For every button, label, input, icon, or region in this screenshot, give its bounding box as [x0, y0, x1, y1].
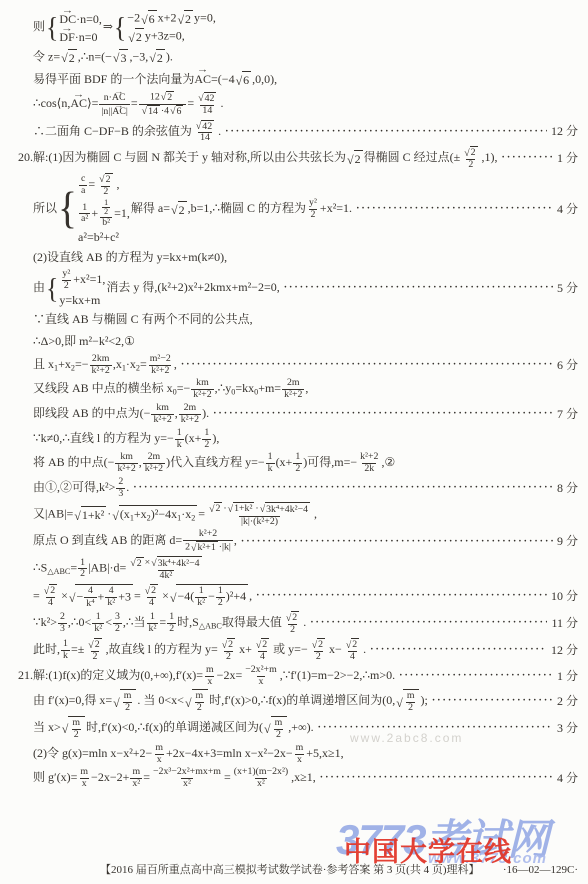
denominator: a [79, 185, 87, 197]
radical-sign-icon: √ [69, 590, 76, 604]
numerator: m [273, 718, 285, 729]
denominator: k [61, 650, 70, 662]
score-mark: 3 分 [557, 721, 578, 736]
solution-line: 又|AB|=√1+k²·√(x1+x2)²−4x1·x2=√2·√1+k²·√3… [18, 502, 578, 528]
subscript: 2 [71, 363, 75, 372]
vector-overarrow: →AC [112, 107, 126, 118]
radical-sign-icon: √ [61, 50, 68, 64]
math-text: 即线段 AB 的中点为(−kmk²+2,2mk²+2). [33, 403, 209, 426]
numerator: √42 [195, 92, 219, 105]
dotted-leader: ········································… [502, 152, 553, 165]
numerator: 1 [78, 558, 87, 569]
radicand: 42 [204, 92, 217, 105]
radical-sign-icon: √ [112, 508, 119, 522]
footer-title: 【2016 届百所重点高中高三模拟考试数学试卷·参考答案 第 3 页(共 4 页… [100, 864, 480, 878]
radicand: 2 [135, 28, 144, 45]
denominator: k²+2 [143, 463, 165, 475]
denominator: k²+2 [179, 414, 201, 426]
math-text: 由①,②可得,k²>23. [33, 477, 129, 500]
solution-line: ∵k²>23,∴0<1k²<32,∴当1k²=12时,S△ABC取得最大值√22… [18, 611, 578, 636]
subscript: 1 [177, 514, 181, 523]
numerator: 1 [175, 428, 184, 439]
footer-page-code: ·16—02—129C· [503, 864, 578, 878]
sqrt: √2 [222, 638, 235, 651]
dotted-leader: ········································… [225, 126, 547, 139]
sqrt: √6 [236, 71, 252, 88]
brace-system: {→DC·n=0,→DF·n=0 [46, 10, 102, 45]
fraction: 12 [102, 199, 110, 218]
radicand: 2 [354, 150, 363, 167]
solution-line: 又线段 AB 中点的横坐标 x0=−kmk²+2,∴y0=kx0+m=2mk²+… [18, 378, 578, 401]
subscript: △ABC [47, 567, 70, 576]
math-text: (2)令 g(x)=mln x−x²+2−mx+2x−4x+3=mln x−x²… [33, 743, 344, 766]
numerator: √2 [219, 638, 238, 651]
sqrt: √42 [196, 120, 214, 133]
superscript: 4 [91, 598, 94, 605]
solution-line: (2)令 g(x)=mln x−x²+2−mx+2x−4x+3=mln x−x²… [18, 743, 578, 766]
system-row: y=kx+m [59, 293, 100, 308]
denominator: √14·4√6 [139, 104, 187, 118]
fraction: n·→AC|n||→AC| [99, 91, 129, 118]
fraction: 1k [266, 452, 275, 475]
solution-line: 令 z=√2,∴n=(−√3,−3,√2). [18, 47, 578, 67]
fraction: √24 [142, 584, 161, 609]
solution-line: 由①,②可得,k²>23.···························… [18, 477, 578, 500]
radical-sign-icon: √ [62, 721, 69, 735]
fraction: 12b² [99, 199, 113, 230]
numerator: √2 [96, 173, 115, 186]
radicand: 3k4+4k²−4 [157, 556, 202, 570]
score-mark: 6 分 [557, 358, 578, 373]
denominator: 2 [113, 623, 122, 635]
fraction: √2×√3k4+4k²−44k² [127, 556, 204, 582]
score-mark: 4 分 [557, 202, 578, 217]
math-text: 由 f′(x)=0,得 x=√m2. 当 0<x<√m2时,f′(x)>0,∴f… [33, 689, 428, 714]
fraction: 2mk²+2 [282, 378, 304, 401]
denominator: 2 [101, 186, 110, 198]
dotted-leader: ········································… [256, 590, 547, 603]
denominator: x [295, 754, 304, 766]
denominator: x² [255, 778, 267, 790]
numerator: 1 [102, 199, 110, 208]
math-text: 又|AB|=√1+k²·√(x1+x2)²−4x1·x2=√2·√1+k²·√3… [33, 502, 317, 528]
numerator: m [70, 718, 82, 729]
denominator: 2 [466, 159, 475, 171]
superscript: 4 [167, 558, 170, 565]
denominator: k² [105, 597, 117, 609]
numerator: 2 [116, 477, 125, 488]
fraction: 12 [167, 612, 176, 635]
radical-sign-icon: √ [141, 12, 148, 26]
denominator: 2 [309, 209, 318, 221]
score-mark: 1 分 [557, 669, 578, 684]
vector-arrow-icon: → [110, 102, 128, 109]
system-row: →DF·n=0 [59, 28, 97, 45]
numerator: −2x²+m [243, 665, 279, 676]
fraction: √22 [96, 173, 115, 198]
sqrt: √2 [61, 49, 77, 66]
dotted-leader: ········································… [310, 617, 547, 630]
sqrt: √2 [464, 146, 477, 159]
sqrt: √1+k² [228, 502, 255, 515]
denominator: 2 [288, 624, 297, 636]
fraction: √24 [41, 584, 60, 609]
fraction: y²2 [307, 198, 319, 221]
denominator: 2√k²+1·|k| [183, 540, 233, 554]
numerator: −2x³−2x²+mx+m [151, 767, 223, 778]
fraction: ca [79, 174, 87, 197]
denominator: 14 [198, 132, 212, 144]
radicand: 3k4+4k²−4 [265, 502, 310, 516]
numerator: 2m [146, 452, 163, 463]
math-text: ∵k≠0,∴直线 l 的方程为 y=−1k(x+12), [33, 428, 219, 451]
score-mark: 11 分 [551, 616, 578, 631]
denominator: 2 [123, 702, 132, 714]
fraction: 1k² [195, 586, 207, 609]
fraction: mx² [130, 767, 142, 790]
sqrt: √m2 [396, 689, 419, 714]
radical-sign-icon: √ [396, 695, 403, 709]
numerator: √2 [343, 638, 362, 651]
numerator: 4 [107, 586, 116, 597]
denominator: 2 [293, 463, 302, 475]
numerator: 1 [202, 428, 211, 439]
numerator: y² [307, 198, 319, 209]
radicand: 6 [148, 10, 157, 27]
fraction: m2 [70, 718, 82, 741]
subscript: 0 [231, 388, 235, 397]
radicand: 2 [184, 10, 193, 27]
denominator: x [80, 778, 89, 790]
score-mark: 12 分 [551, 643, 578, 658]
denominator: a² [79, 213, 90, 225]
vector-overarrow: →AC [70, 96, 87, 111]
sqrt: √1+k² [74, 506, 106, 523]
score-mark: 7 分 [557, 407, 578, 422]
solution-line: ∴Δ>0,即 m²−k²<2,① [18, 332, 578, 352]
numerator: √2 [41, 584, 60, 597]
numerator: m [405, 691, 417, 702]
fraction: 12 [78, 558, 87, 581]
numerator: 1 [94, 612, 103, 623]
radicand: 2 [150, 584, 158, 597]
solution-line: 将 AB 的中点(−kmk²+2,2mk²+2)代入直线方程 y=−1k(x+1… [18, 452, 578, 475]
sqrt: √m2 [113, 689, 136, 714]
radicand: 42 [201, 120, 214, 133]
numerator: 1 [266, 452, 275, 463]
sqrt: √2 [177, 10, 193, 27]
subscript: 2 [147, 514, 151, 523]
system-rows: y²2+x²=1,y=kx+m [59, 269, 105, 308]
denominator: 4k² [158, 570, 175, 582]
vector-overarrow: →DF [59, 30, 74, 45]
numerator: km [118, 452, 135, 463]
fraction: √22 [219, 638, 238, 663]
subscript: 2 [136, 363, 140, 372]
math-text: 20.解:(1)因为椭圆 C 与圆 N 都关于 y 轴对称,所以由公共弦长为√2… [18, 146, 498, 171]
fraction: 1a² [79, 203, 90, 226]
sqrt: √2 [149, 49, 165, 66]
subscript: 0 [254, 388, 258, 397]
denominator: 2 [91, 651, 100, 663]
denominator: 2 [216, 597, 225, 609]
denominator: k²+2 [191, 389, 213, 401]
numerator: 3 [113, 612, 122, 623]
sqrt: √−4(1k²−12)²+4 [170, 584, 248, 609]
math-text: 原点 O 到直线 AB 的距离 d=k²+22√k²+1·|k|, [33, 529, 237, 554]
solution-content: 则{→DC·n=0,→DF·n=0⇒{−2√6x+2√2y=0,√2y+3z=0… [0, 0, 588, 790]
fraction: 12√2√14·4√6 [139, 91, 187, 118]
score-mark: 2 分 [557, 694, 578, 709]
numerator: √2·√1+k²·√3k4+4k²−4 [206, 502, 313, 516]
brace-system: {y²2+x²=1,y=kx+m [46, 269, 105, 308]
math-text: ∴S△ABC=12|AB|·d=√2×√3k4+4k²−44k² [33, 556, 206, 582]
denominator: |n||→AC| [99, 104, 129, 118]
fraction: mx [294, 743, 306, 766]
score-mark: 12 分 [551, 124, 578, 139]
numerator: m²−2 [148, 354, 173, 365]
radicand: 14 [147, 105, 160, 118]
radicand: (x1+x2)²−4x1·x2 [119, 505, 197, 524]
numerator: y² [60, 269, 72, 280]
numerator: m [153, 743, 165, 754]
sqrt: √(x1+x2)²−4x1·x2 [112, 505, 197, 524]
radicand: 2 [49, 584, 57, 597]
fraction: 2mk²+2 [179, 403, 201, 426]
fraction: m2 [273, 718, 285, 741]
denominator: 2 [167, 623, 176, 635]
fraction: 23 [116, 477, 125, 500]
radicand: 6 [242, 71, 251, 88]
system-row: a²=b²+c² [78, 230, 119, 245]
radicand: 2 [291, 611, 299, 624]
radicand: −4k4+4k²+3 [75, 584, 132, 610]
numerator: 2km [90, 354, 111, 365]
radicand: 2 [166, 91, 174, 104]
dotted-leader: ········································… [432, 695, 553, 708]
numerator: 1 [197, 586, 206, 597]
subscript: 1 [122, 363, 126, 372]
dotted-leader: ········································… [370, 644, 547, 657]
solution-line: 20.解:(1)因为椭圆 C 与圆 N 都关于 y 轴对称,所以由公共弦长为√2… [18, 146, 578, 171]
solution-line: 原点 O 到直线 AB 的距离 d=k²+22√k²+1·|k|,·······… [18, 529, 578, 554]
fraction: k²+22√k²+1·|k| [183, 529, 233, 554]
denominator: 2 [195, 702, 204, 714]
numerator: √42 [193, 120, 217, 133]
system-row: −2√6x+2√2y=0, [127, 10, 216, 27]
radical-sign-icon: √ [171, 202, 178, 216]
radicand: m2 [403, 689, 420, 714]
math-text: 所以{ca=√22,1a²+12b²=1,a²=b²+c²解得 a=√2,b=1… [33, 173, 352, 245]
solution-line: 由 f′(x)=0,得 x=√m2. 当 0<x<√m2时,f′(x)>0,∴f… [18, 689, 578, 714]
denominator: k²+2 [115, 463, 137, 475]
solution-line: ∴二面角 C−DF−B 的余弦值为√4214.·················… [18, 120, 578, 145]
radical-sign-icon: √ [113, 695, 120, 709]
fraction: 23 [58, 612, 67, 635]
score-mark: 8 分 [557, 481, 578, 496]
denominator: 2 [78, 568, 87, 580]
fraction: m2 [122, 691, 134, 714]
subscript: 1 [130, 514, 134, 523]
numerator: 1 [293, 452, 302, 463]
sqrt: √2 [209, 502, 222, 515]
fraction: kmk²+2 [151, 403, 173, 426]
radical-sign-icon: √ [264, 721, 271, 735]
denominator: 3 [58, 623, 67, 635]
math-text: 则{→DC·n=0,→DF·n=0⇒{−2√6x+2√2y=0,√2y+3z=0… [33, 10, 217, 45]
denominator: x² [130, 778, 142, 790]
denominator: 2 [314, 651, 323, 663]
solution-line: ∴S△ABC=12|AB|·d=√2×√3k4+4k²−44k² [18, 556, 578, 582]
fraction: √4214 [195, 92, 219, 117]
radicand: 2 [94, 638, 102, 651]
sqrt: √3 [113, 49, 129, 66]
denominator: k4 [84, 597, 96, 610]
dotted-leader: ········································… [399, 670, 553, 683]
fraction: y²2 [60, 269, 72, 292]
denominator: 4 [348, 651, 357, 663]
denominator: k²+2 [151, 414, 173, 426]
denominator: 2 [406, 702, 415, 714]
radicand: 2 [214, 502, 222, 515]
sqrt: √14 [142, 105, 160, 118]
denominator: k [266, 463, 275, 475]
denominator: k²+2 [282, 389, 304, 401]
radicand: 2 [351, 638, 359, 651]
radical-sign-icon: √ [170, 590, 177, 604]
math-text: ∴Δ>0,即 m²−k²<2,① [33, 334, 135, 349]
sqrt: √2 [161, 91, 174, 104]
radicand: 1+k² [233, 502, 254, 515]
system-row: y²2+x²=1, [59, 269, 105, 292]
score-mark: 1 分 [557, 151, 578, 166]
system-row: √2y+3z=0, [127, 28, 184, 45]
numerator: km [154, 403, 171, 414]
numerator: 1 [148, 612, 157, 623]
subscript: 2 [191, 514, 195, 523]
fraction: √22 [283, 611, 302, 636]
radicand: 2 [227, 638, 235, 651]
sqrt: √3k4+4k²−4 [260, 502, 310, 516]
sqrt: √2 [286, 611, 299, 624]
math-text: 则 g′(x)=mx−2x−2+mx²=−2x³−2x²+mx+mx²=(x+1… [33, 767, 316, 790]
sqrt: √2 [312, 638, 325, 651]
score-mark: 4 分 [557, 771, 578, 786]
numerator: k²+2 [197, 529, 219, 540]
system-row: ca=√22, [78, 173, 119, 198]
math-text: =√24×√−4k4+4k²+3=√24×√−4(1k²−12)²+4, [33, 584, 252, 610]
sqrt: √2 [130, 557, 143, 570]
numerator: 1 [216, 586, 225, 597]
numerator: 2 [58, 612, 67, 623]
solution-line: ∵k≠0,∴直线 l 的方程为 y=−1k(x+12), [18, 428, 578, 451]
numerator: 1 [167, 612, 176, 623]
fraction: 12 [216, 586, 225, 609]
radicand: 2 [156, 49, 165, 66]
fraction: √24 [343, 638, 362, 663]
math-text: 令 z=√2,∴n=(−√3,−3,√2). [33, 49, 173, 66]
denominator: 2 [102, 207, 110, 217]
sqrt: √2 [347, 150, 363, 167]
solution-line: 21.解:(1)f(x)的定义域为(0,+∞),f′(x)=mx−2x=−2x²… [18, 665, 578, 688]
denominator: k² [147, 623, 159, 635]
radical-sign-icon: √ [177, 12, 184, 26]
numerator: m [204, 665, 216, 676]
numerator: (x+1)(m−2x²) [232, 767, 290, 778]
fraction: mx [78, 767, 90, 790]
system-rows: −2√6x+2√2y=0,√2y+3z=0, [127, 10, 216, 45]
dotted-leader: ········································… [241, 536, 553, 549]
fraction: 1k [61, 639, 70, 662]
denominator: 2k [362, 463, 376, 475]
fraction: kmk²+2 [191, 378, 213, 401]
dotted-leader: ········································… [320, 772, 553, 785]
numerator: k²+2 [358, 452, 380, 463]
system-row: 1a²+12b²=1, [78, 199, 130, 230]
numerator: √2 [85, 638, 104, 651]
math-text: ∵直线 AB 与椭圆 C 有两个不同的公共点, [33, 312, 253, 327]
numerator: √2 [142, 584, 161, 597]
solution-line: 当 x>√m2时,f′(x)<0,∴f(x)的单调递减区间为(√m2,+∞).·… [18, 716, 578, 741]
fraction: 1k [175, 428, 184, 451]
sqrt: √2 [44, 584, 57, 597]
vector-arrow-icon: → [110, 88, 128, 95]
radicand: k²+1 [196, 541, 217, 554]
scanned-exam-answer-page: { "meta": { "bg": "#fcfcfa", "ink": "#36… [0, 0, 588, 884]
math-text: 此时,1k=±√22,故直线 l 的方程为 y=√22x+√24或 y=−√22… [33, 638, 366, 663]
numerator: 1 [61, 639, 70, 650]
fraction: 4k² [105, 586, 117, 609]
sqrt: √2 [346, 638, 359, 651]
vector-arrow-icon: → [57, 6, 79, 15]
fraction: √22 [461, 146, 480, 171]
denominator: k² [92, 623, 104, 635]
fraction: 1k² [92, 612, 104, 635]
radical-sign-icon: √ [74, 508, 81, 522]
sqrt: √2 [145, 584, 158, 597]
dotted-leader: ········································… [356, 203, 553, 216]
vector-overarrow: →AC [194, 72, 211, 87]
vector-arrow-icon: → [68, 90, 90, 99]
solution-line: 则 g′(x)=mx−2x−2+mx²=−2x³−2x²+mx+mx²=(x+1… [18, 767, 578, 790]
fraction: 32 [113, 612, 122, 635]
radical-sign-icon: √ [185, 695, 192, 709]
sqrt: √42 [198, 92, 216, 105]
fraction: (x+1)(m−2x²)x² [232, 767, 290, 790]
system-rows: →DC·n=0,→DF·n=0 [59, 10, 101, 45]
numerator: m [130, 767, 142, 778]
numerator: m [294, 743, 306, 754]
solution-line: ∵直线 AB 与椭圆 C 有两个不同的公共点, [18, 310, 578, 330]
fraction: m2 [194, 691, 206, 714]
solution-line: 则{→DC·n=0,→DF·n=0⇒{−2√6x+2√2y=0,√2y+3z=0… [18, 10, 578, 45]
denominator: b² [100, 217, 112, 229]
sqrt: √2 [171, 201, 187, 218]
radicand: 2 [470, 146, 478, 159]
denominator: x [205, 676, 214, 688]
radicand: 2 [136, 557, 144, 570]
fraction: 1k² [147, 612, 159, 635]
numerator: 1 [80, 203, 89, 214]
denominator: 2 [62, 280, 71, 292]
denominator: 2 [274, 729, 283, 741]
solution-line: 所以{ca=√22,1a²+12b²=1,a²=b²+c²解得 a=√2,b=1… [18, 173, 578, 245]
solution-line: =√24×√−4k4+4k²+3=√24×√−4(1k²−12)²+4,····… [18, 584, 578, 610]
denominator: k [175, 439, 184, 451]
math-text: 又线段 AB 中点的横坐标 x0=−kmk²+2,∴y0=kx0+m=2mk²+… [33, 378, 308, 401]
radical-sign-icon: √ [128, 30, 135, 44]
left-brace-icon: { [58, 190, 77, 228]
